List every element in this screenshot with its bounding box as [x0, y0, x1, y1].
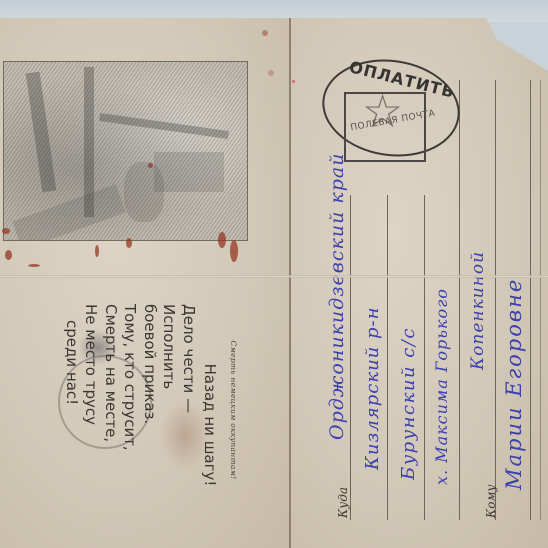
address-rule — [424, 195, 425, 520]
rust-stain — [28, 264, 40, 267]
address-rule — [530, 80, 531, 520]
handwritten-address-line: х. Максима Горького — [432, 288, 451, 485]
address-rule — [387, 195, 388, 520]
rust-stain — [230, 240, 238, 262]
fold-crease — [0, 275, 548, 278]
poem-line: среди нас! — [62, 290, 82, 530]
illustration — [3, 61, 248, 241]
poem-title: Назад ни шагу! — [200, 290, 220, 530]
poem-line: Дело чести — — [179, 290, 199, 530]
handwritten-address-line: Бурунский с/с — [398, 327, 419, 480]
rust-stain — [5, 250, 12, 260]
poem-line: Исполнить — [159, 290, 179, 530]
handwritten-address-line: Марии Егоровне — [502, 278, 526, 490]
poem-line: Смерть на месте, — [101, 290, 121, 530]
motto: Смерть немецким оккупантам! — [224, 290, 246, 530]
poem-line: Тому, кто струсит, — [120, 290, 140, 530]
rust-stain — [95, 245, 99, 257]
address-rule — [459, 80, 460, 520]
rust-stain — [148, 163, 153, 168]
handwritten-address-line: Копенкиной — [468, 251, 488, 370]
address-label-where: Куда — [336, 487, 350, 518]
address-label-whom: Кому — [484, 485, 498, 518]
rust-stain — [262, 30, 268, 36]
poem-line: боевой приказ. — [140, 290, 160, 530]
address-rule — [350, 195, 351, 520]
handwritten-address-line: Орджоникидзевский край — [326, 153, 348, 440]
address-rule — [495, 80, 496, 520]
address-rule — [540, 80, 541, 520]
handwritten-address-line: Кизлярский р-н — [362, 307, 383, 470]
rust-stain — [126, 238, 132, 248]
poem-block: Смерть немецким оккупантам! Назад ни шаг… — [5, 290, 245, 530]
rust-stain — [268, 70, 274, 76]
rust-stain — [2, 228, 10, 234]
poem-line: Не место трусу — [81, 290, 101, 530]
rust-stain — [218, 232, 226, 248]
ink-dot — [292, 80, 295, 83]
